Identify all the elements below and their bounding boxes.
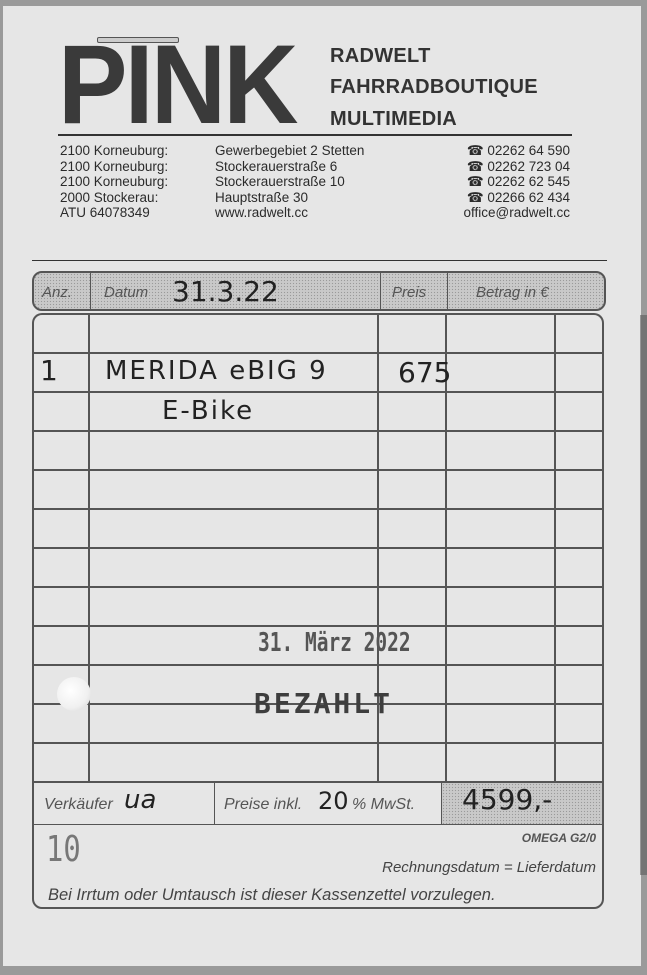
phone-icon: ☎ — [467, 143, 484, 158]
email-link[interactable]: office@radwelt.cc — [464, 205, 571, 221]
location-street: Hauptstraße 30 — [215, 190, 364, 206]
receipt-number: 10 — [46, 829, 81, 870]
phone-number: 02262 64 590 — [487, 143, 570, 158]
location-streets: Gewerbegebiet 2 Stetten Stockerauerstraß… — [215, 143, 364, 221]
seller-label: Verkäufer — [44, 796, 113, 814]
brand-logo: PINK — [58, 40, 296, 130]
location-city: 2100 Korneuburg: — [60, 159, 168, 175]
row-divider — [33, 586, 603, 588]
row-divider — [33, 625, 603, 627]
location-city: 2100 Korneuburg: — [60, 174, 168, 190]
paid-stamp: BEZAHLT — [254, 687, 393, 720]
header-qty-label: Anz. — [42, 284, 72, 301]
row-qty: 1 — [40, 354, 58, 387]
phone-number: 02262 723 04 — [487, 159, 570, 174]
location-phones: ☎ 02262 64 590 ☎ 02262 723 04 ☎ 02262 62… — [464, 143, 571, 221]
punch-hole — [57, 677, 91, 711]
header-amount-label: Betrag in € — [476, 284, 549, 301]
phone-icon: ☎ — [467, 174, 484, 189]
receipt-footer: Verkäufer ua Preise inkl. 20 % MwSt. 459… — [32, 781, 604, 909]
row-description: E-Bike — [162, 396, 254, 426]
row-divider — [33, 391, 603, 393]
header-price-label: Preis — [392, 284, 426, 301]
vat-rate: 20 — [318, 787, 349, 815]
totals-row: Verkäufer ua Preise inkl. 20 % MwSt. 459… — [34, 783, 602, 825]
row-divider — [33, 352, 603, 354]
location-city: 2100 Korneuburg: — [60, 143, 168, 159]
disclaimer: Bei Irrtum oder Umtausch ist dieser Kass… — [48, 886, 496, 905]
location-cities: 2100 Korneuburg: 2100 Korneuburg: 2100 K… — [60, 143, 168, 221]
phone-number: 02262 62 545 — [487, 174, 570, 189]
tagline-radwelt: RADWELT — [330, 44, 431, 68]
phone-icon: ☎ — [467, 159, 484, 174]
table-top-divider — [32, 260, 607, 261]
row-divider — [33, 664, 603, 666]
row-divider — [33, 742, 603, 744]
phone-number: 02266 62 434 — [487, 190, 570, 205]
tagline-multimedia: MULTIMEDIA — [330, 107, 457, 131]
paper-edge-shadow — [640, 315, 647, 875]
row-divider — [33, 508, 603, 510]
vat-id: ATU 64078349 — [60, 205, 168, 221]
invoice-note: Rechnungsdatum = Lieferdatum — [382, 859, 596, 876]
header-divider — [58, 134, 572, 136]
total-amount: 4599,- — [462, 783, 552, 816]
date-stamp: 31. März 2022 — [258, 628, 411, 658]
tagline-fahrradboutique: FAHRRADBOUTIQUE — [330, 75, 538, 99]
form-code: OMEGA G2/0 — [522, 831, 596, 845]
vat-label-suffix: % MwSt. — [352, 796, 415, 814]
total-cell: 4599,- — [442, 783, 602, 824]
row-description: MERIDA eBIG 9 — [105, 356, 328, 386]
row-divider — [33, 547, 603, 549]
header-date-label: Datum — [104, 284, 148, 301]
vat-label-prefix: Preise inkl. — [224, 796, 302, 814]
vat-cell: Preise inkl. 20 % MwSt. — [215, 783, 442, 824]
location-city: 2000 Stockerau: — [60, 190, 168, 206]
seller-value: ua — [124, 785, 156, 815]
row-price: 675 — [398, 356, 451, 389]
row-divider — [33, 430, 603, 432]
location-street: Stockerauerstraße 6 — [215, 159, 364, 175]
row-divider — [33, 469, 603, 471]
website-link[interactable]: www.radwelt.cc — [215, 205, 364, 221]
header-date-value: 31.3.22 — [172, 275, 279, 308]
table-header: Anz. Datum 31.3.22 Preis Betrag in € — [32, 271, 606, 311]
phone-icon: ☎ — [467, 190, 484, 205]
location-street: Stockerauerstraße 10 — [215, 174, 364, 190]
seller-cell: Verkäufer ua — [34, 783, 215, 824]
location-street: Gewerbegebiet 2 Stetten — [215, 143, 364, 159]
